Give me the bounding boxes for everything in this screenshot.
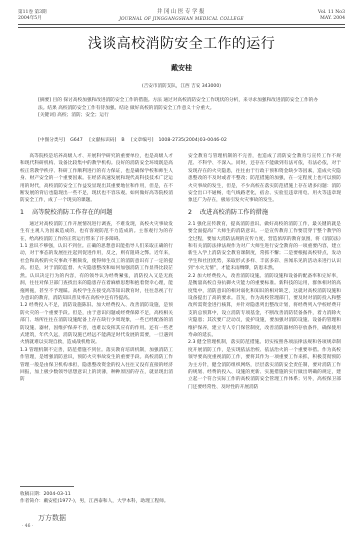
header-date-en: MAY. 2004 <box>318 16 345 22</box>
journal-name-en: JOURNAL OF JINGGANGSHAN MEDICAL COLLEGE <box>18 16 345 22</box>
author-affiliation: (吉安市消防支队，江西 吉安 343000) <box>0 83 363 89</box>
subsection-1-2: 1.2 经费投入不足，消防设施陈旧。加大经费投入、改善消防设施，是预防火灾的一个… <box>20 302 173 346</box>
doc-code-value: B <box>121 138 124 143</box>
author-bio: 作者简介：戴安桂(1977-)，男，江西泰和人，大学本科，助理工程师。 <box>20 498 173 505</box>
intro-paragraph: 高等院校是培养高级人才、开展科学研究的重要单位，也是高级人才和现代科研机构、设备… <box>20 153 173 205</box>
clc-label: [中图分类号] <box>38 138 65 143</box>
clc-value: G647 <box>70 138 83 143</box>
subsection-2-3: 2.3 健全管理机制，落实防范措施。切实按照各项法律法规和各项规章制度开展消防工… <box>188 339 341 391</box>
footnotes: 收稿日期：2004-03-11 作者简介：戴安桂(1977-)，男，江西泰和人，… <box>20 491 173 506</box>
received-label: 收稿日期： <box>20 492 43 497</box>
article-no-label: [文章编号] <box>131 138 153 143</box>
header-volume-en: Vol. 11 No3 <box>318 10 345 16</box>
page-number: · 46 · <box>22 524 33 529</box>
continued-paragraph: 安全教育与管理机制的不完善，也造成了消防安全教育与宣传工作不规范、不科学、不深入… <box>188 153 341 205</box>
section-1-title: 高等院校消防工作存在的问题 <box>32 209 112 216</box>
header-journal-name: 井冈山医专学报 JOURNAL OF JINGGANGSHAN MEDICAL … <box>18 10 345 21</box>
article-no-value: 1008-2735(2004)03-0046-02 <box>158 138 226 143</box>
abstract-block: [摘要] 目的 探讨高校加强和改进消防安全工作的措施。方法 通过对高校消防安全工… <box>38 97 325 120</box>
keywords-text: [关键词] 高校；消防；安全；运行 <box>38 112 325 120</box>
section-2-title: 改进高校消防工作的措施 <box>200 209 268 216</box>
subsection-2-2: 2.2 加大经费投入，改善消防设施。消防设施和设备的配备率和完好率，是衡量高校自… <box>188 273 341 340</box>
section-1-number: 1 <box>20 208 32 218</box>
received-value: 2004-03-11 <box>43 492 70 497</box>
section-2-heading: 2改进高校消防工作的措施 <box>188 208 341 218</box>
header-double-rule <box>18 24 345 28</box>
watermark-text: 万方数据 <box>38 513 66 523</box>
article-title: 浅谈高校消防安全工作的运行 <box>0 33 363 53</box>
article-author: 戴安桂 <box>0 63 363 73</box>
received-date: 收稿日期：2004-03-11 <box>20 491 173 498</box>
footnote-rule <box>20 486 74 487</box>
section-2-number: 2 <box>188 208 200 218</box>
header-volume-info-en: Vol. 11 No3 MAY. 2004 <box>318 10 345 21</box>
abstract-text: [摘要] 目的 探讨高校加强和改进消防安全工作的措施。方法 通过对高校消防安全工… <box>38 97 325 112</box>
left-column: 高等院校是培养高级人才、开展科学研究的重要单位，也是高级人才和现代科研机构、设备… <box>20 153 173 384</box>
bio-label: 作者简介： <box>20 499 43 504</box>
bio-value: 戴安桂(1977-)，男，江西泰和人，大学本科，助理工程师。 <box>43 499 168 504</box>
subsection-1-1: 1.1 意识不够强，认识不到位。正确的思想意识能指导人们采取正确的行动，对于事态… <box>20 243 173 302</box>
section-1-heading: 1高等院校消防工作存在的问题 <box>20 208 173 218</box>
doc-code-label: [文献标识码] <box>89 138 116 143</box>
subsection-2-1: 2.1 强化宣传教育，提高消防意识。做好高校的消防工作，最关键的就是要全面提高广… <box>188 221 341 273</box>
section-1-intro: 通过对高校消防工作开展情况进行调查，不难发现，高校火灾事故发生有主观人为因素造成… <box>20 221 173 243</box>
subsection-1-3: 1.3 管理机制不完善，防范措施不到位。落实教育培训机制，加强消防工作管理，是增… <box>20 347 173 384</box>
classification-line: [中图分类号]G647 [文献标识码]B [文章编号]1008-2735(200… <box>38 137 325 143</box>
right-column: 安全教育与管理机制的不完善，也造成了消防安全教育与宣传工作不规范、不科学、不深入… <box>188 153 341 391</box>
journal-page: 第11卷 第3期 2004年5月 井冈山医专学报 JOURNAL OF JING… <box>0 0 363 533</box>
